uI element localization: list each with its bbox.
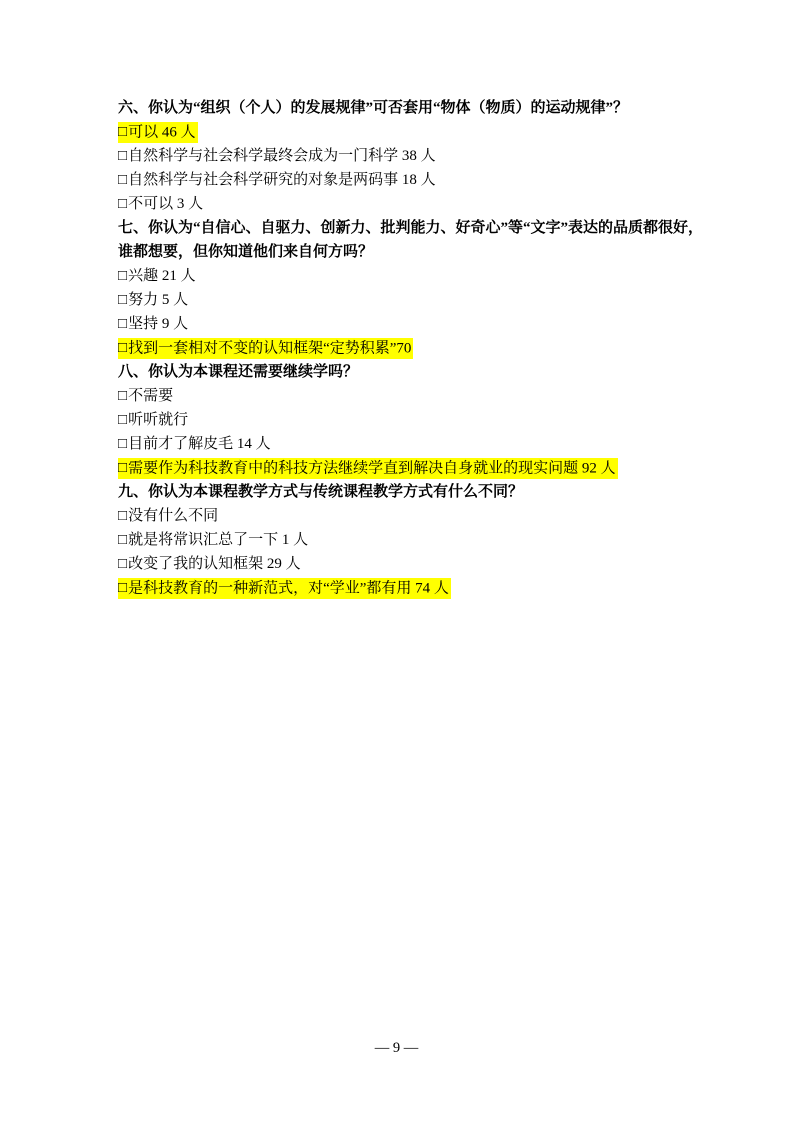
- checkbox-icon: □: [118, 196, 127, 212]
- question-7-text-line-1: 七、你认为“自信心、自驱力、创新力、批判能力、好奇心”等“文字”表达的品质都很好…: [118, 216, 678, 240]
- question-8-option-1: □不需要: [118, 384, 678, 408]
- checkbox-icon: □: [118, 532, 127, 548]
- highlighted-option: □找到一套相对不变的认知框架“定势积累”70: [118, 338, 413, 359]
- option: □改变了我的认知框架 29 人: [118, 556, 301, 572]
- checkbox-icon: □: [118, 316, 127, 332]
- option: □自然科学与社会科学研究的对象是两码事 18 人: [118, 172, 436, 188]
- option-text: 没有什么不同: [128, 508, 218, 524]
- question-7-option-4: □找到一套相对不变的认知框架“定势积累”70: [118, 336, 678, 360]
- option-text: 坚持 9 人: [128, 316, 188, 332]
- option: □不需要: [118, 388, 173, 404]
- checkbox-icon: □: [118, 388, 127, 404]
- question-7-option-3: □坚持 9 人: [118, 312, 678, 336]
- checkbox-icon: □: [118, 412, 127, 428]
- option: □听听就行: [118, 412, 188, 428]
- option-text: 改变了我的认知框架 29 人: [128, 556, 301, 572]
- highlighted-option: □是科技教育的一种新范式，对“学业”都有用 74 人: [118, 578, 451, 599]
- option-text: 不需要: [128, 388, 173, 404]
- option: □没有什么不同: [118, 508, 218, 524]
- question-8-option-2: □听听就行: [118, 408, 678, 432]
- checkbox-icon: □: [118, 268, 127, 284]
- question-7-option-1: □兴趣 21 人: [118, 264, 678, 288]
- question-9-option-1: □没有什么不同: [118, 504, 678, 528]
- checkbox-icon: □: [118, 340, 127, 356]
- checkbox-icon: □: [118, 124, 127, 140]
- option-text: 听听就行: [128, 412, 188, 428]
- page-number: — 9 —: [0, 1036, 793, 1060]
- question-8-option-3: □目前才了解皮毛 14 人: [118, 432, 678, 456]
- question-6-text: 六、你认为“组织（个人）的发展规律”可否套用“物体（物质）的运动规律”？: [118, 96, 678, 120]
- highlighted-option: □可以 46 人: [118, 122, 198, 143]
- option: □兴趣 21 人: [118, 268, 196, 284]
- question-6-option-3: □自然科学与社会科学研究的对象是两码事 18 人: [118, 168, 678, 192]
- question-9-option-4: □是科技教育的一种新范式，对“学业”都有用 74 人: [118, 576, 678, 600]
- option-text: 就是将常识汇总了一下 1 人: [128, 532, 308, 548]
- option-text: 可以 46 人: [128, 124, 196, 140]
- question-8-text: 八、你认为本课程还需要继续学吗？: [118, 360, 678, 384]
- option-text: 目前才了解皮毛 14 人: [128, 436, 271, 452]
- option: □自然科学与社会科学最终会成为一门科学 38 人: [118, 148, 436, 164]
- checkbox-icon: □: [118, 436, 127, 452]
- option-text: 是科技教育的一种新范式，对“学业”都有用 74 人: [128, 580, 449, 596]
- option-text: 努力 5 人: [128, 292, 188, 308]
- checkbox-icon: □: [118, 580, 127, 596]
- option: □目前才了解皮毛 14 人: [118, 436, 271, 452]
- document-page: 六、你认为“组织（个人）的发展规律”可否套用“物体（物质）的运动规律”？ □可以…: [0, 0, 793, 1121]
- option-text: 自然科学与社会科学最终会成为一门科学 38 人: [128, 148, 436, 164]
- highlighted-option: □需要作为科技教育中的科技方法继续学直到解决自身就业的现实问题 92 人: [118, 458, 618, 479]
- question-9-option-3: □改变了我的认知框架 29 人: [118, 552, 678, 576]
- question-9-option-2: □就是将常识汇总了一下 1 人: [118, 528, 678, 552]
- option-text: 自然科学与社会科学研究的对象是两码事 18 人: [128, 172, 436, 188]
- option-text: 不可以 3 人: [128, 196, 203, 212]
- question-7-text-line-2: 谁都想要，但你知道他们来自何方吗？: [118, 240, 678, 264]
- survey-content: 六、你认为“组织（个人）的发展规律”可否套用“物体（物质）的运动规律”？ □可以…: [118, 96, 678, 600]
- checkbox-icon: □: [118, 148, 127, 164]
- option-text: 需要作为科技教育中的科技方法继续学直到解决自身就业的现实问题 92 人: [128, 460, 616, 476]
- checkbox-icon: □: [118, 172, 127, 188]
- option: □就是将常识汇总了一下 1 人: [118, 532, 308, 548]
- option: □坚持 9 人: [118, 316, 188, 332]
- checkbox-icon: □: [118, 508, 127, 524]
- question-8-option-4: □需要作为科技教育中的科技方法继续学直到解决自身就业的现实问题 92 人: [118, 456, 678, 480]
- question-9-text: 九、你认为本课程教学方式与传统课程教学方式有什么不同？: [118, 480, 678, 504]
- option-text: 找到一套相对不变的认知框架“定势积累”70: [128, 340, 411, 356]
- question-6-option-1: □可以 46 人: [118, 120, 678, 144]
- question-7-option-2: □努力 5 人: [118, 288, 678, 312]
- option: □不可以 3 人: [118, 196, 203, 212]
- question-6-option-2: □自然科学与社会科学最终会成为一门科学 38 人: [118, 144, 678, 168]
- checkbox-icon: □: [118, 556, 127, 572]
- option-text: 兴趣 21 人: [128, 268, 196, 284]
- checkbox-icon: □: [118, 460, 127, 476]
- checkbox-icon: □: [118, 292, 127, 308]
- option: □努力 5 人: [118, 292, 188, 308]
- question-6-option-4: □不可以 3 人: [118, 192, 678, 216]
